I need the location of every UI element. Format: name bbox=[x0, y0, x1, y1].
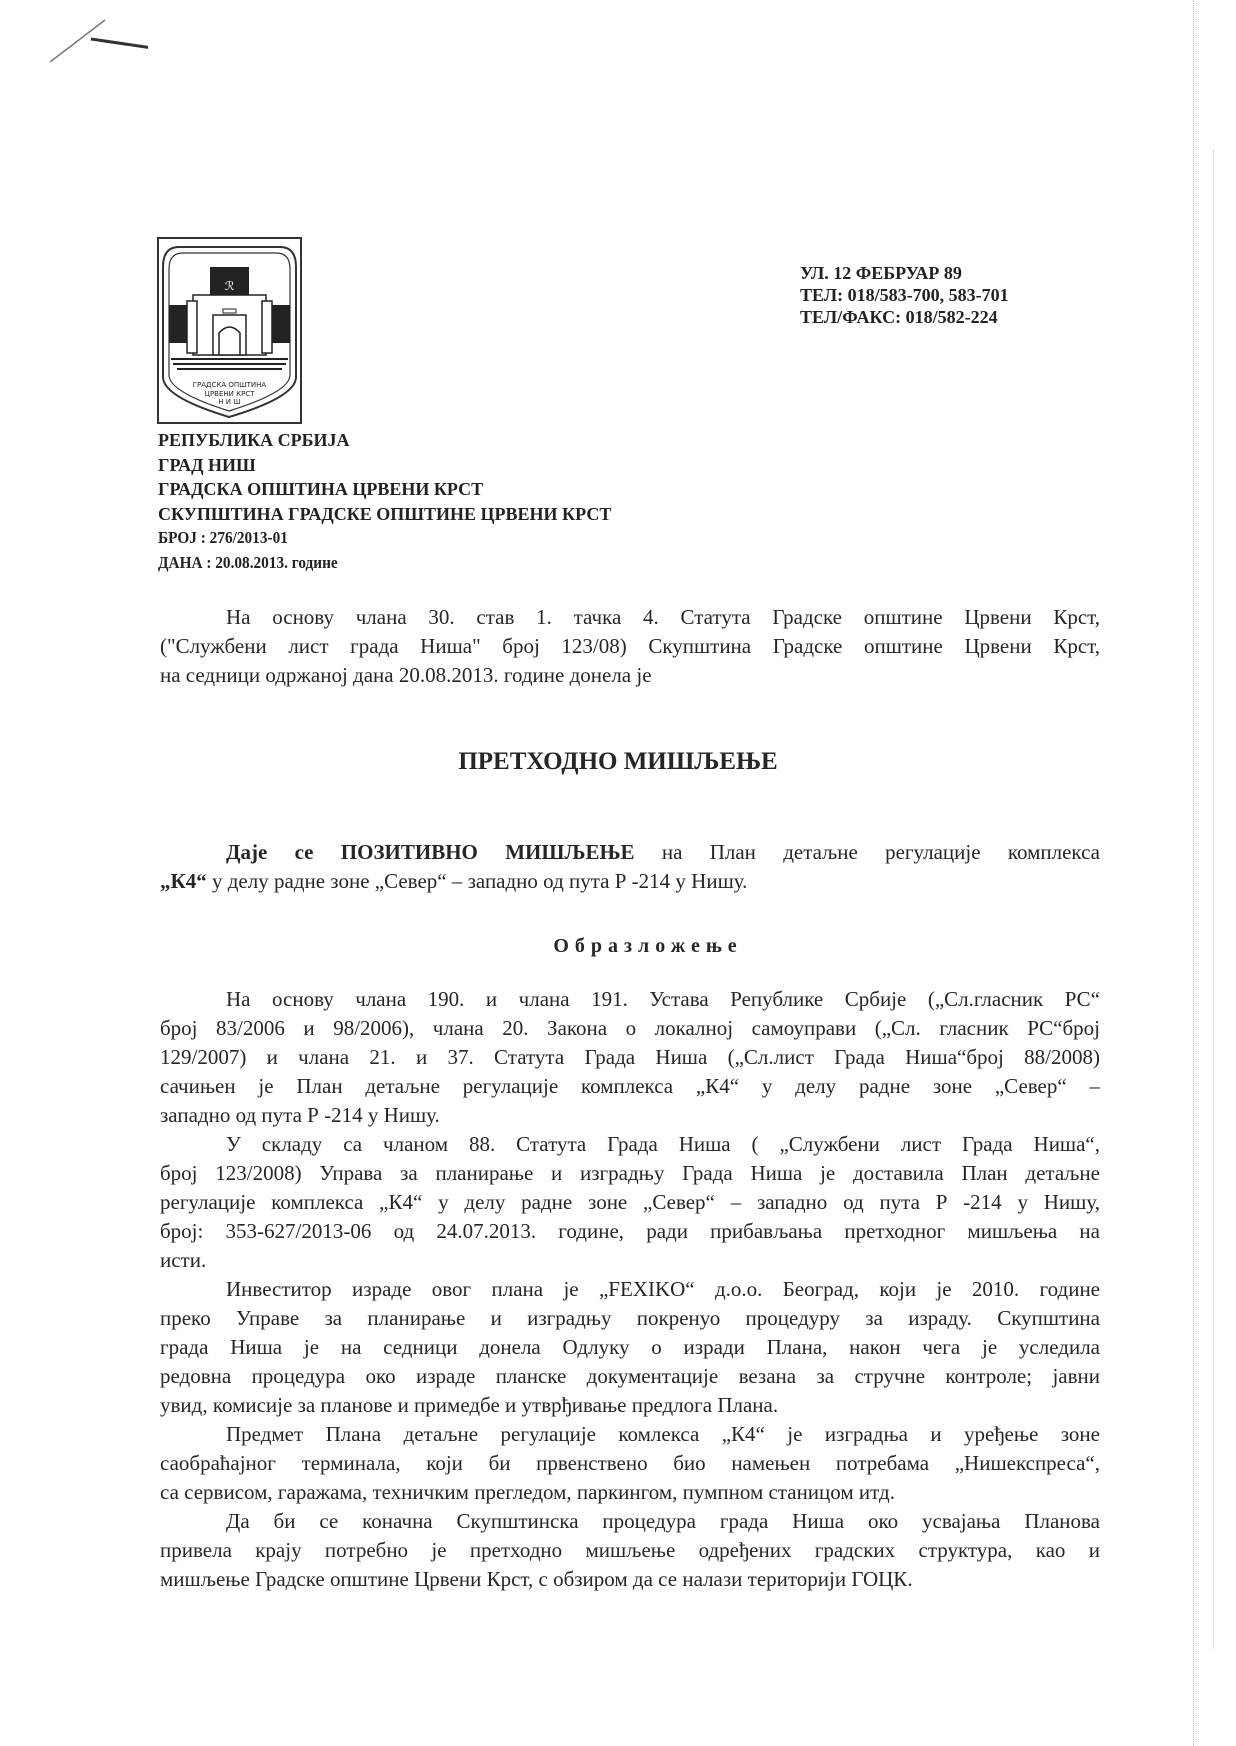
text-line: број 123/2008) Управа за планирање и изг… bbox=[160, 1159, 1100, 1188]
text-line: ("Службени лист града Ниша" број 123/08)… bbox=[160, 632, 1100, 661]
paragraph-subject: Предмет Плана детаљне регулације комлекс… bbox=[160, 1420, 1100, 1507]
decision-lead: Даје се bbox=[226, 840, 313, 864]
paragraph-investor: Инвеститор израде овог плана је „FEXIKO“… bbox=[160, 1275, 1100, 1420]
text-line: на седници одржаној дана 20.08.2013. год… bbox=[160, 661, 1100, 690]
text-line: „К4“ у делу радне зоне „Север“ – западно… bbox=[160, 867, 1100, 896]
document-header: РЕПУБЛИКА СРБИЈА ГРАД НИШ ГРАДСКА ОПШТИН… bbox=[158, 428, 611, 575]
text-line: сачињен је План детаљне регулације компл… bbox=[160, 1072, 1100, 1101]
text-line: У складу са чланом 88. Статута Града Ниш… bbox=[160, 1130, 1100, 1159]
text-line: На основу члана 190. и члана 191. Устава… bbox=[160, 985, 1100, 1014]
header-republic: РЕПУБЛИКА СРБИЈА bbox=[158, 428, 611, 453]
text-line: града Ниша је на седници донела Одлуку о… bbox=[160, 1333, 1100, 1362]
svg-text:Н И Ш: Н И Ш bbox=[218, 398, 240, 406]
text-line: Предмет Плана детаљне регулације комлекс… bbox=[160, 1420, 1100, 1449]
reasoning-body: На основу члана 190. и члана 191. Устава… bbox=[160, 985, 1100, 1594]
text-line: редовна процедура око израде планске док… bbox=[160, 1362, 1100, 1391]
decision-text: у делу радне зоне „Север“ – западно од п… bbox=[212, 869, 747, 893]
paragraph-conclusion: Да би се коначна Скупштинска процедура г… bbox=[160, 1507, 1100, 1594]
text-line: западно од пута Р -214 у Нишу. bbox=[160, 1101, 1100, 1130]
text-line: Инвеститор израде овог плана је „FEXIKO“… bbox=[160, 1275, 1100, 1304]
text-line: Даје се ПОЗИТИВНО МИШЉЕЊЕ на План детаљн… bbox=[160, 838, 1100, 867]
header-city: ГРАД НИШ bbox=[158, 453, 611, 478]
text-line: регулације комплекса „К4“ у делу радне з… bbox=[160, 1188, 1100, 1217]
text-line: увид, комисије за планове и примедбе и у… bbox=[160, 1391, 1100, 1420]
text-line: саобраћајног терминала, који би првенств… bbox=[160, 1449, 1100, 1478]
phone: ТЕЛ: 018/583-700, 583-701 bbox=[800, 284, 1009, 306]
pen-mark-icon bbox=[28, 14, 148, 74]
reasoning-title: Образложење bbox=[0, 935, 1236, 958]
text-line: исти. bbox=[160, 1246, 1100, 1275]
text-line: број 83/2006 и 98/2006), члана 20. Закон… bbox=[160, 1014, 1100, 1043]
text-line: привела крају потребно је претходно мишљ… bbox=[160, 1536, 1100, 1565]
text-line: На основу члана 30. став 1. тачка 4. Ста… bbox=[160, 603, 1100, 632]
scan-artifact-line bbox=[1193, 0, 1196, 1746]
paragraph-submission: У складу са чланом 88. Статута Града Ниш… bbox=[160, 1130, 1100, 1275]
decision-paragraph: Даје се ПОЗИТИВНО МИШЉЕЊЕ на План детаљн… bbox=[160, 838, 1100, 896]
decision-verdict: ПОЗИТИВНО МИШЉЕЊЕ bbox=[341, 840, 635, 864]
paragraph-legal-basis: На основу члана 190. и члана 191. Устава… bbox=[160, 985, 1100, 1130]
scan-artifact-line bbox=[1213, 150, 1216, 1650]
text-line: са сервисом, гаражама, техничким преглед… bbox=[160, 1478, 1100, 1507]
preamble-paragraph: На основу члана 30. став 1. тачка 4. Ста… bbox=[160, 603, 1100, 690]
text-line: мишљење Градске општине Црвени Крст, с о… bbox=[160, 1565, 1100, 1594]
header-municipality: ГРАДСКА ОПШТИНА ЦРВЕНИ КРСТ bbox=[158, 477, 611, 502]
complex-name: „К4“ bbox=[160, 869, 207, 893]
contact-info: УЛ. 12 ФЕБРУАР 89 ТЕЛ: 018/583-700, 583-… bbox=[800, 262, 1009, 328]
text-line: Да би се коначна Скупштинска процедура г… bbox=[160, 1507, 1100, 1536]
municipality-crest-icon: ℛ ГРАДСКА ОПШТИНА ЦРВЕНИ КРСТ Н И Ш bbox=[157, 237, 302, 424]
address: УЛ. 12 ФЕБРУАР 89 bbox=[800, 262, 1009, 284]
document-date: ДАНА : 20.08.2013. године bbox=[158, 551, 566, 576]
header-assembly: СКУПШТИНА ГРАДСКЕ ОПШТИНЕ ЦРВЕНИ КРСТ bbox=[158, 502, 611, 527]
decision-text: на План детаљне регулације комплекса bbox=[662, 840, 1100, 864]
svg-text:ЦРВЕНИ КРСТ: ЦРВЕНИ КРСТ bbox=[205, 390, 256, 398]
svg-text:ГРАДСКА ОПШТИНА: ГРАДСКА ОПШТИНА bbox=[193, 381, 267, 389]
text-line: 129/2007) и члана 21. и 37. Статута Град… bbox=[160, 1043, 1100, 1072]
document-number: БРОЈ : 276/2013-01 bbox=[158, 526, 566, 551]
svg-text:ℛ: ℛ bbox=[225, 279, 235, 293]
document-title: ПРЕТХОДНО МИШЉЕЊЕ bbox=[0, 748, 1236, 776]
text-line: преко Управе за планирање и изградњу пок… bbox=[160, 1304, 1100, 1333]
fax: ТЕЛ/ФАКС: 018/582-224 bbox=[800, 306, 1009, 328]
text-line: број: 353-627/2013-06 од 24.07.2013. год… bbox=[160, 1217, 1100, 1246]
